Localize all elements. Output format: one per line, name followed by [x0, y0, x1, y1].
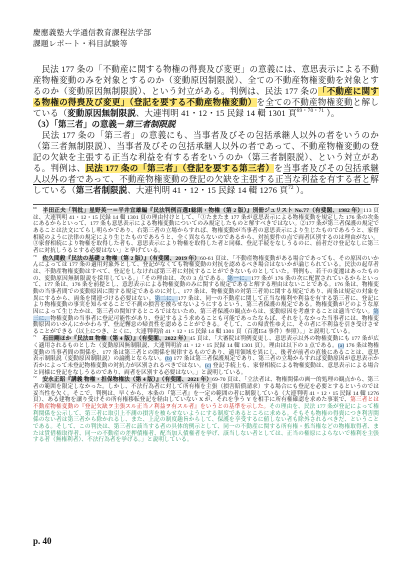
text-run: 113 頁は、大連判明 41・12・15 民録 14 輯 1301 頁の理由付け… [33, 208, 379, 254]
body-paragraph-2: 民法 177 条の「第三者」の意義にも、当事者及びその包括承継人以外の者をいうの… [33, 130, 379, 196]
body-paragraph-1: 民法 177 条の「不動産に関する物権の得喪及び変更」の意義には、意思表示による… [33, 64, 379, 119]
document-page: 慶應義塾大学通信教育課程法学部 課題レポート・科目試験等 民法 177 条の「不… [0, 0, 410, 580]
text-run [37, 208, 43, 214]
text-run: 安永正昭『講義 物権・担保物権法（第 4 版）』（有斐閣、2021 年） [42, 377, 212, 383]
text-run: 民法 177 条の「第三者」（登記を要する第三者） [85, 164, 274, 173]
text-run: 物権変動の当事者に登記可能性があり、登記するよう求めることも可能であったならば、… [33, 316, 379, 335]
text-run: 石田剛ほか『民法Ⅱ 物権（第 4 版）』（有斐閣、2022 年） [43, 336, 190, 342]
page-header: 慶應義塾大学通信教育課程法学部 課題レポート・科目試験等 [33, 27, 379, 49]
text-run: 69・70・71 [297, 108, 325, 114]
page-content: 慶應義塾大学通信教育課程法学部 課題レポート・科目試験等 民法 177 条の「不… [33, 27, 379, 445]
text-run: を [274, 164, 283, 173]
footnote-71: 71 石田剛ほか『民法Ⅱ 物権（第 4 版）』（有斐閣、2022 年）45 頁は… [33, 336, 379, 376]
text-run: 半田正夫「判批」星野英一＝平井宜雄編『民法判例百選Ⅰ総則・物権（第 2 版）』別… [43, 208, 364, 214]
section-heading: （3）「第三者」の意義－第三者制限説 [33, 119, 379, 130]
footnote-72: 72 安永正昭『講義 物権・担保物権法（第 4 版）』（有斐閣、2021 年）6… [33, 377, 379, 444]
text-run: (b) [165, 356, 172, 362]
text-run: 第二に、 [155, 296, 178, 302]
header-course-line: 課題レポート・科目試験等 [33, 38, 379, 49]
footnote-separator [33, 204, 379, 205]
header-university-line: 慶應義塾大学通信教育課程法学部 [33, 27, 379, 38]
text-run: ）。 [324, 109, 339, 118]
text-run: 佐久間毅『民法の基礎 2 物権（第 2 版）』（有斐閣、2019 年） [42, 256, 200, 262]
text-run: 第一に、 [227, 276, 251, 282]
footnotes-section: 69 半田正夫「判批」星野英一＝平井宜雄編『民法判例百選Ⅰ総則・物権（第 2 版… [33, 208, 379, 444]
text-run: 第三者制限説 [125, 120, 175, 129]
text-run: （3）「第三者」の意義－ [33, 120, 125, 129]
text-run: 変動原因無制限説 [67, 109, 136, 118]
footnote-70: 70 佐久間毅『民法の基礎 2 物権（第 2 版）』（有斐閣、2019 年）60… [33, 256, 379, 336]
text-run: ）。 [294, 186, 309, 195]
footnote-69: 69 半田正夫「判批」星野英一＝平井宜雄編『民法判例百選Ⅰ総則・物権（第 2 版… [33, 208, 379, 255]
text-run: 全ての不動産物権変動 [265, 98, 353, 107]
text-run: 、大連判明 41・12・15 民録 14 輯 1276 頁 [127, 186, 288, 195]
text-run: 第三者制限説 [76, 186, 127, 195]
text-run [37, 336, 43, 342]
page-number: p. 40 [33, 536, 52, 546]
text-run: 、大連判明 41・12・15 民録 14 輯 1301 頁 [136, 109, 297, 118]
text-run: その理由を、民法 177 条が登記によって権利関係を公示して、第三者に取引上不測… [33, 404, 379, 443]
text-run: を [257, 98, 266, 107]
